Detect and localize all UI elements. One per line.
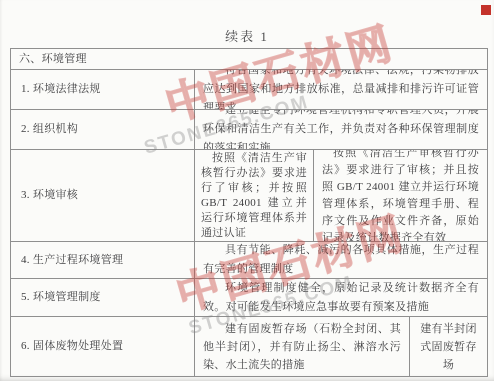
row-content-text: 建立健全专门环境管理机构和专职管理人员，开展环保和清洁生产有关工作，并负责对各种… — [203, 110, 479, 149]
row-label-text: 3. 环境审核 — [21, 186, 78, 205]
row-content: 符合国家和地方有关环境法律、法规，污染物排放应达到国家和地方排放标准，总量减排和… — [194, 70, 487, 109]
row-content: 建立健全专门环境管理机构和专职管理人员，开展环保和清洁生产有关工作，并负责对各种… — [194, 110, 487, 149]
row-label-text: 4. 生产过程环境管理 — [21, 251, 123, 270]
row-content-text: 建有固废暂存场（石粉全封闭、其他半封闭），并有防止扬尘、淋溶水污染、水土流失的措… — [203, 320, 401, 374]
row-content-left: 按照《清洁生产审核暂行办法》要求进行了审核；并按照 GB/T 24001 建立并… — [194, 150, 313, 241]
row-label: 6. 固体废物处理处置 — [11, 317, 194, 376]
row-content: 具有节能、降耗、减污的各项具体措施，生产过程有完善的管理制度 — [194, 242, 487, 278]
table-row: 4. 生产过程环境管理 具有节能、降耗、减污的各项具体措施，生产过程有完善的管理… — [11, 241, 487, 278]
section-header-label: 六、环境管理 — [19, 50, 87, 69]
row-content: 环境管理制度健全，原始记录及统计数据齐全有效。对可能发生环境应急事故要有预案及措… — [194, 279, 487, 316]
row-content-text: 按照《清洁生产审核暂行办法》要求进行了审核；并且按照 GB/T 24001 建立… — [322, 150, 479, 241]
table-section-row: 六、环境管理 — [11, 49, 487, 69]
table-row: 1. 环境法律法规 符合国家和地方有关环境法律、法规，污染物排放应达到国家和地方… — [11, 69, 487, 109]
row-content-text: 按照《清洁生产审核暂行办法》要求进行了审核；并按照 GB/T 24001 建立并… — [201, 151, 307, 241]
row-content-text: 建有半封闭式固废暂存场 — [418, 320, 479, 374]
red-corner-marker — [481, 5, 491, 15]
row-content-left: 建有固废暂存场（石粉全封闭、其他半封闭），并有防止扬尘、淋溶水污染、水土流失的措… — [194, 317, 409, 376]
row-label: 4. 生产过程环境管理 — [11, 242, 194, 278]
row-content-text: 符合国家和地方有关环境法律、法规，污染物排放应达到国家和地方排放标准，总量减排和… — [203, 70, 479, 109]
row-label-text: 5. 环境管理制度 — [21, 288, 101, 307]
row-label-text: 1. 环境法律法规 — [21, 80, 101, 99]
row-label: 5. 环境管理制度 — [11, 279, 194, 316]
row-content-right: 建有半封闭式固废暂存场 — [409, 317, 487, 376]
section-header: 六、环境管理 — [11, 49, 487, 69]
row-label: 2. 组织机构 — [11, 110, 194, 149]
table-row: 5. 环境管理制度 环境管理制度健全，原始记录及统计数据齐全有效。对可能发生环境… — [11, 278, 487, 316]
row-label: 1. 环境法律法规 — [11, 70, 194, 109]
table-row: 3. 环境审核 按照《清洁生产审核暂行办法》要求进行了审核；并按照 GB/T 2… — [11, 149, 487, 241]
scanned-document-page: 续表 1 六、环境管理 1. 环境法律法规 符合国家和地方有关环境法律、法规，污… — [0, 0, 494, 381]
row-content-right: 按照《清洁生产审核暂行办法》要求进行了审核；并且按照 GB/T 24001 建立… — [313, 150, 487, 241]
environment-management-table: 六、环境管理 1. 环境法律法规 符合国家和地方有关环境法律、法规，污染物排放应… — [10, 48, 488, 377]
row-label: 3. 环境审核 — [11, 150, 194, 241]
row-label-text: 6. 固体废物处理处置 — [21, 337, 123, 356]
table-row: 2. 组织机构 建立健全专门环境管理机构和专职管理人员，开展环保和清洁生产有关工… — [11, 109, 487, 149]
row-content-text: 环境管理制度健全，原始记录及统计数据齐全有效。对可能发生环境应急事故要有预案及措… — [203, 279, 479, 316]
row-label-text: 2. 组织机构 — [21, 120, 78, 139]
table-row: 6. 固体废物处理处置 建有固废暂存场（石粉全封闭、其他半封闭），并有防止扬尘、… — [11, 316, 487, 376]
row-content-text: 具有节能、降耗、减污的各项具体措施，生产过程有完善的管理制度 — [203, 242, 479, 278]
table-continuation-title: 续表 1 — [0, 26, 494, 45]
